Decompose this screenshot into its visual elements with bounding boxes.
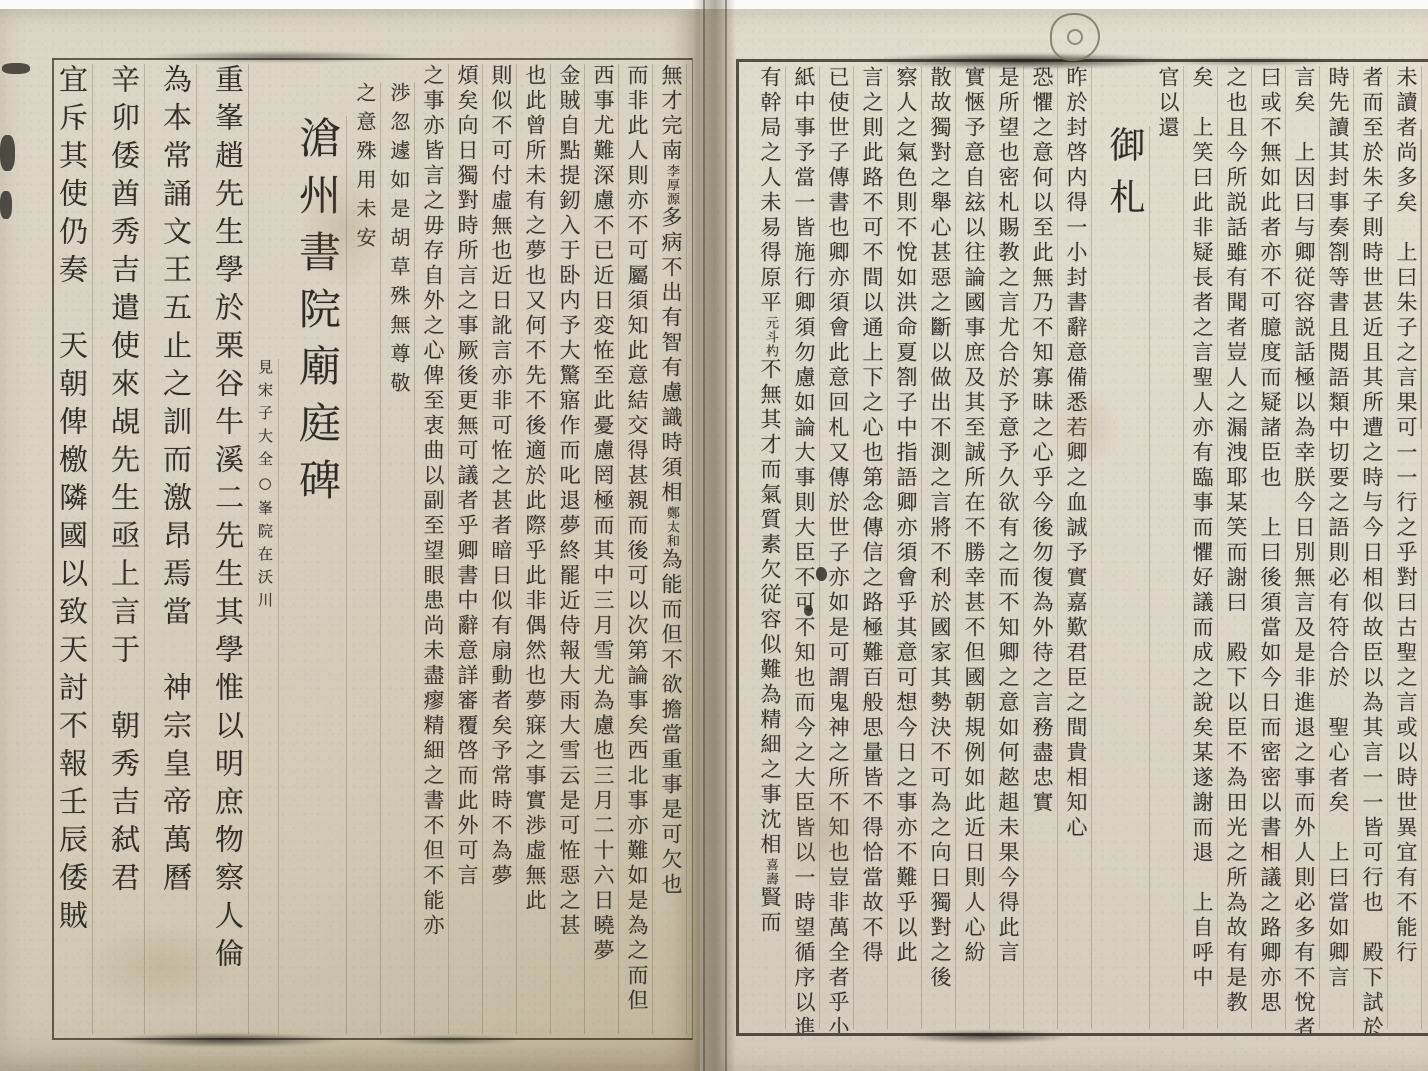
text-column: 言之則此路不可不間以通上下之心也第念傳信之路極難百般思量皆不得恰當故不得: [859, 66, 888, 1029]
text-column: 察人之氣色則不悅如洪命夏劄子中指語卿亦須會乎其意可想今日之事亦不難乎以此: [893, 66, 922, 1029]
text-column: 是所望也密札賜教之言尤合於予意予久欲有之而不知卿之意如何趑趄未果今得此言: [995, 66, 1024, 1029]
page-edge-line: [1420, 129, 1422, 429]
paper-edge-fragment: [0, 191, 12, 219]
text-column: 辛卯倭酋秀吉遣使來覘先生亟上言于 朝秀吉弑君: [106, 64, 145, 1034]
page-gutter: [692, 0, 736, 1071]
text-column: 重峯趙先生學於栗谷牛溪二先生其學惟以明庶物察人倫: [210, 64, 249, 1034]
source-annotation: 見宋子大全○峯院在沃川: [254, 359, 279, 1034]
text-column: 渉忽遽如是胡草殊無尊敬: [386, 82, 415, 1034]
right-page-text-block: 未讀者尚多矣 上曰朱子之言果可一一行之乎對曰古聖之言或以時世異宜有不能行者而至於…: [736, 59, 1428, 1036]
pencil-circle-mark: [1050, 13, 1100, 61]
text-column: 則似不可付虛無也近日訛言亦非可恠之甚者暗日似有扇動者矣予常時不為夢: [488, 64, 517, 1034]
text-column: 未讀者尚多矣 上曰朱子之言果可一一行之乎對曰古聖之言或以時世異宜有不能行: [1393, 66, 1422, 1029]
left-page: 無才完南李厚源多病不出有智有慮識時須相鄭太和為能而但不欲擔當重事是可欠也而非此人…: [0, 9, 700, 1071]
text-column: 有幹局之人未易得原平元斗杓不無其才而氣質素欠従容似難為精細之事沈相喜壽賢而: [757, 66, 786, 1029]
text-column: 官以還: [1155, 66, 1184, 1029]
left-page-text-block: 無才完南李厚源多病不出有智有慮識時須相鄭太和為能而但不欲擔當重事是可欠也而非此人…: [52, 58, 693, 1040]
interlinear-name-note: 元斗杓: [763, 316, 778, 358]
text-column: 之意殊用未安: [352, 82, 381, 1034]
text-column: 實愜予意自玆以往論國事庶及其至誠所在不勝幸甚不但國朝規例如此近日則人心紛: [961, 66, 990, 1029]
text-column: 之也且今所説話雖有聞者豈人之漏洩耶某笑而謝曰 殿下以臣不為田光之所為故有是教: [1223, 66, 1252, 1029]
interlinear-name-note: 喜壽: [763, 858, 778, 886]
text-column: 曰或不無如此者亦不可臆度而疑諸臣也 上曰後須當如今日而密密以書相議之路卿亦思: [1257, 66, 1286, 1029]
section-title-royal-letter: 御札: [1101, 126, 1150, 1029]
text-column: 而非此人則亦不可屬須知此意結交得甚親而後可以次第論事矣西北事亦難如是為之而但: [624, 64, 653, 1034]
text-column: 時先讀其封事奏劄等書且閱語類中切要之語則必有符合於 聖心者矣 上曰當如卿言: [1325, 66, 1354, 1029]
text-column: 宜斥其使仍奏 天朝俾檄隣國以致天討不報壬辰倭賊: [54, 64, 93, 1034]
right-page: 未讀者尚多矣 上曰朱子之言果可一一行之乎對曰古聖之言或以時世異宜有不能行者而至於…: [700, 9, 1428, 1071]
text-column: 恐懼之意何以至此無乃不知寡昧之心乎今後勿復為外待之言務盡忠實: [1029, 66, 1058, 1029]
pencil-circle-inner-dot: [1067, 29, 1083, 45]
fold-line: [725, 0, 727, 1071]
paper-edge-fragment: [0, 135, 15, 171]
text-column: 已使世子傳書也卿亦須會此意回札又傳於世子亦如是可謂鬼神之所不知也豈非萬全者乎小: [825, 66, 854, 1029]
interlinear-name-note: 李厚源: [664, 164, 679, 206]
text-column: 無才完南李厚源多病不出有智有慮識時須相鄭太和為能而但不欲擔當重事是可欠也: [658, 64, 687, 1034]
text-column: 矣 上笑曰此非疑長者之言聖人亦有臨事而懼好議而成之說矣某遂謝而退 上自呼中: [1189, 66, 1218, 1029]
paper-edge-fragment: [2, 63, 30, 74]
text-column: 為本常誦文王五止之訓而激昂焉當 神宗皇帝萬曆: [158, 64, 197, 1034]
text-column: 昨於封啓内得一小封書辭意備悉若卿之血誠予實嘉歎君臣之間貴相知心: [1063, 66, 1092, 1029]
manuscript-photo: { "document": { "kind": "hanmun-manuscri…: [0, 0, 1428, 1071]
fold-line: [703, 0, 705, 1071]
text-column: 也此曾所未有之夢也又何不先不後適於此際乎此非偶然也夢寐之事實渉虛無此: [522, 64, 551, 1034]
text-column: 之事亦皆言之毋存自外之心俾至衷曲以副至望眼患尚未盡瘳精細之書不但不能亦: [420, 64, 449, 1034]
text-column: 者而至於朱子則時世甚近且其所遭之時与今日相似故臣以為其言一一皆可行也 殿下試於服: [1359, 66, 1388, 1029]
interlinear-name-note: 鄭太和: [664, 506, 679, 548]
text-column: 紙中事予當一皆施行卿須勿慮如論大事則大臣不可不知也而今之大臣皆以一時望循序以進: [791, 66, 820, 1029]
text-column: 散故獨對之舉心甚惡之斷以做出不測之言將不利於國家其勢決不可為之向日獨對之後: [927, 66, 956, 1029]
text-column: 西事尤難深慮不已近日変恠至此憂慮罔極而其中三月雪尤為慮也三月二十六日曉夢: [590, 64, 619, 1034]
section-title-changju-stele: 滄州書院廟庭碑: [290, 116, 347, 1034]
text-column: 煩矣向日獨對時所言之事厥後更無可議者乎卿書中辭意詳審覆啓而此外可言: [454, 64, 483, 1034]
text-column: 言矣 上因曰与卿従容説話極以為幸朕今日別無言及是非進退之事而外人則必多有不悅者矣…: [1291, 66, 1320, 1029]
text-column: 金賊自點提釰入于卧内予大驚寤作而叱退夢終罷近侍報大雨大雪云是可恠惡之甚: [556, 64, 585, 1034]
